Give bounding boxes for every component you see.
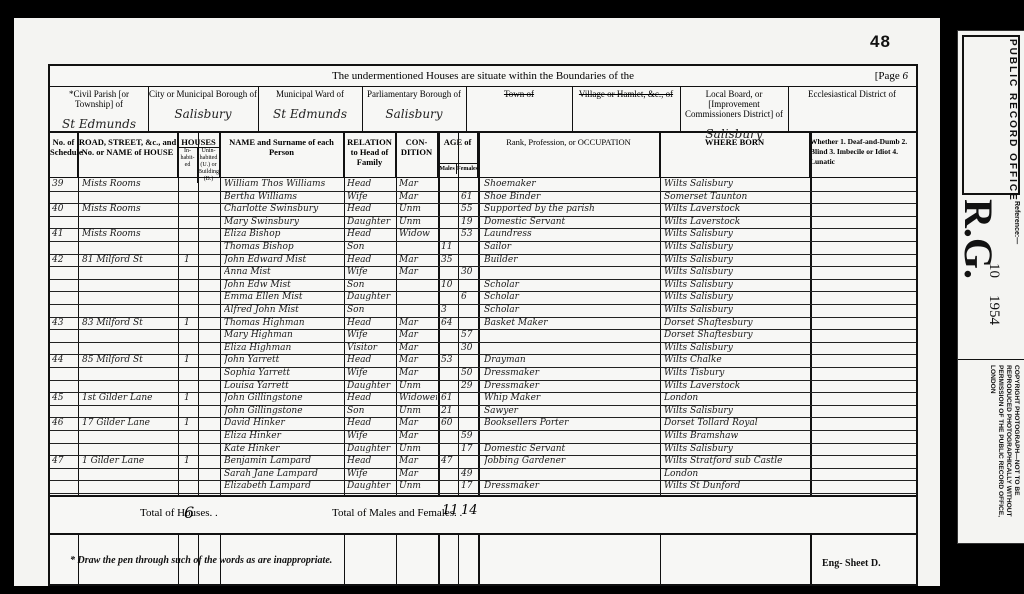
road-cell <box>82 241 176 254</box>
where-born-cell: Dorset Tollard Royal <box>664 417 808 430</box>
condition-cell: Mar <box>399 254 437 267</box>
table-row: Anna MistWifeMar30Wilts Salisbury <box>50 266 916 280</box>
road-cell <box>82 430 176 443</box>
road-cell: 81 Milford St <box>82 254 176 267</box>
where-born-cell: Wilts Salisbury <box>664 291 808 304</box>
name-cell: Elizabeth Lampard <box>224 480 342 493</box>
table-row: Sophia YarrettWifeMar50DressmakerWilts T… <box>50 367 916 381</box>
road-cell <box>82 279 176 292</box>
road-cell <box>82 266 176 279</box>
inhabited-cell <box>184 203 196 216</box>
female-age-cell <box>461 417 477 430</box>
condition-cell: Widow <box>399 228 437 241</box>
female-age-cell <box>461 279 477 292</box>
where-born-cell: Wilts Salisbury <box>664 405 808 418</box>
occupation-cell: Domestic Servant <box>484 443 658 456</box>
male-age-cell <box>441 380 457 393</box>
road-cell: 83 Milford St <box>82 317 176 330</box>
schedule-cell <box>52 380 76 393</box>
male-age-cell <box>441 191 457 204</box>
table-row: Emma Ellen MistDaughter6ScholarWilts Sal… <box>50 291 916 305</box>
total-females-value: 14 <box>461 503 478 518</box>
name-cell: Sarah Jane Lampard <box>224 468 342 481</box>
table-row: Elizabeth LampardDaughterUnm17Dressmaker… <box>50 480 916 494</box>
female-age-cell: 6 <box>461 291 477 304</box>
where-born-cell: Wilts Salisbury <box>664 266 808 279</box>
schedule-cell: 44 <box>52 354 76 367</box>
name-cell: Thomas Bishop <box>224 241 342 254</box>
condition-cell: Unm <box>399 380 437 393</box>
inhabited-cell: 1 <box>184 455 196 468</box>
where-born-cell: Wilts Salisbury <box>664 279 808 292</box>
male-age-cell <box>441 216 457 229</box>
occupation-cell: Basket Maker <box>484 317 658 330</box>
table-row: 4485 Milford St1John YarrettHeadMar53Dra… <box>50 354 916 368</box>
female-age-cell: 50 <box>461 367 477 380</box>
municipal-borough-field: City or Municipal Borough ofSalisbury <box>148 87 259 131</box>
town-field: Town of <box>466 87 573 131</box>
name-cell: John Gillingstone <box>224 405 342 418</box>
condition-cell: Mar <box>399 455 437 468</box>
total-houses-label: Total of Houses. . <box>140 507 218 519</box>
condition-cell: Mar <box>399 342 437 355</box>
where-born-cell: Wilts Laverstock <box>664 380 808 393</box>
schedule-cell: 40 <box>52 203 76 216</box>
table-row: 41Mists RoomsEliza BishopHeadWidow53Laun… <box>50 228 916 242</box>
condition-cell: Mar <box>399 266 437 279</box>
occupation-cell: Scholar <box>484 304 658 317</box>
name-cell: Mary Swinsbury <box>224 216 342 229</box>
female-age-cell <box>461 317 477 330</box>
male-age-cell <box>441 468 457 481</box>
condition-cell: Mar <box>399 178 437 191</box>
road-cell <box>82 480 176 493</box>
female-age-cell <box>461 455 477 468</box>
table-row: Alfred John MistSon3ScholarWilts Salisbu… <box>50 304 916 318</box>
col-infirmity: Whether 1. Deaf-and-Dumb 2. Blind 3. Imb… <box>810 133 916 177</box>
where-born-cell: Wilts Salisbury <box>664 178 808 191</box>
road-cell: Mists Rooms <box>82 178 176 191</box>
condition-cell: Unm <box>399 480 437 493</box>
table-row: Sarah Jane LampardWifeMar49London <box>50 468 916 482</box>
where-born-cell: Dorset Shaftesbury <box>664 317 808 330</box>
condition-cell: Mar <box>399 354 437 367</box>
where-born-cell: London <box>664 468 808 481</box>
where-born-cell: Wilts Bramshaw <box>664 430 808 443</box>
schedule-cell <box>52 342 76 355</box>
inhabited-cell <box>184 191 196 204</box>
schedule-cell <box>52 405 76 418</box>
schedule-cell: 41 <box>52 228 76 241</box>
local-board-field: Local Board, or [Improvement Commissione… <box>680 87 789 131</box>
where-born-cell: Wilts Salisbury <box>664 304 808 317</box>
female-age-cell <box>461 392 477 405</box>
where-born-cell: Wilts Salisbury <box>664 443 808 456</box>
where-born-cell: Wilts Salisbury <box>664 228 808 241</box>
table-row: Eliza HighmanVisitorMar30Wilts Salisbury <box>50 342 916 356</box>
col-name: NAME and Surname of each Person <box>220 133 344 177</box>
male-age-cell: 35 <box>441 254 457 267</box>
where-born-cell: Dorset Shaftesbury <box>664 329 808 342</box>
col-where-born: WHERE BORN <box>660 133 810 177</box>
condition-cell: Mar <box>399 430 437 443</box>
male-age-cell: 47 <box>441 455 457 468</box>
name-cell: William Thos Williams <box>224 178 342 191</box>
table-row: Mary HighmanWifeMar57Dorset Shaftesbury <box>50 329 916 343</box>
occupation-cell <box>484 266 658 279</box>
condition-cell <box>399 304 437 317</box>
occupation-cell: Jobbing Gardener <box>484 455 658 468</box>
occupation-cell: Domestic Servant <box>484 216 658 229</box>
road-cell <box>82 380 176 393</box>
table-row: Louisa YarrettDaughterUnm29DressmakerWil… <box>50 380 916 394</box>
female-age-cell: 55 <box>461 203 477 216</box>
inhabited-cell <box>184 329 196 342</box>
schedule-cell <box>52 367 76 380</box>
schedule-cell: 39 <box>52 178 76 191</box>
schedule-cell <box>52 241 76 254</box>
table-row: 4383 Milford St1Thomas HighmanHeadMar64B… <box>50 317 916 331</box>
name-cell: David Hinker <box>224 417 342 430</box>
relation-cell: Head <box>347 228 395 241</box>
female-age-cell <box>461 304 477 317</box>
relation-cell: Daughter <box>347 380 395 393</box>
name-cell: Charlotte Swinsbury <box>224 203 342 216</box>
name-cell: Bertha Williams <box>224 191 342 204</box>
relation-cell: Son <box>347 304 395 317</box>
relation-cell: Head <box>347 354 395 367</box>
copyright-notice: COPYRIGHT PHOTOGRAPH—NOT TO BE REPRODUCE… <box>988 365 1020 535</box>
female-age-cell: 53 <box>461 228 477 241</box>
road-cell: Mists Rooms <box>82 203 176 216</box>
female-age-cell: 29 <box>461 380 477 393</box>
relation-cell: Head <box>347 392 395 405</box>
where-born-cell: Wilts Salisbury <box>664 342 808 355</box>
col-schedule: No. of Schedule <box>50 133 78 177</box>
road-cell <box>82 304 176 317</box>
relation-cell: Wife <box>347 329 395 342</box>
name-cell: John Yarrett <box>224 354 342 367</box>
inhabited-cell <box>184 228 196 241</box>
col-road: ROAD, STREET, &c., and No. or NAME of HO… <box>78 133 178 177</box>
male-age-cell: 61 <box>441 392 457 405</box>
condition-cell: Mar <box>399 317 437 330</box>
female-age-cell <box>461 405 477 418</box>
male-age-cell: 64 <box>441 317 457 330</box>
reference-label: Reference:— <box>1013 201 1020 244</box>
condition-cell: Unm <box>399 405 437 418</box>
totals-row: Total of Houses. . 6 Total of Males and … <box>50 495 916 535</box>
relation-cell: Head <box>347 417 395 430</box>
name-cell: Kate Hinker <box>224 443 342 456</box>
condition-cell <box>399 279 437 292</box>
occupation-cell <box>484 430 658 443</box>
relation-cell: Son <box>347 405 395 418</box>
inhabited-cell <box>184 342 196 355</box>
schedule-cell <box>52 279 76 292</box>
road-cell <box>82 342 176 355</box>
road-cell: 1st Gilder Lane <box>82 392 176 405</box>
col-relation: RELATION to Head of Family <box>344 133 396 177</box>
name-cell: John Edward Mist <box>224 254 342 267</box>
census-form: The undermentioned Houses are situate wi… <box>48 64 918 586</box>
table-row: Mary SwinsburyDaughterUnm19Domestic Serv… <box>50 216 916 230</box>
table-row: Kate HinkerDaughterUnm17Domestic Servant… <box>50 443 916 457</box>
col-occupation: Rank, Profession, or OCCUPATION <box>478 133 660 177</box>
road-cell <box>82 329 176 342</box>
relation-cell: Wife <box>347 367 395 380</box>
road-cell <box>82 216 176 229</box>
male-age-cell <box>441 291 457 304</box>
inhabited-cell <box>184 430 196 443</box>
occupation-cell: Booksellers Porter <box>484 417 658 430</box>
inhabited-cell <box>184 468 196 481</box>
relation-cell: Head <box>347 455 395 468</box>
female-age-cell: 57 <box>461 329 477 342</box>
col-houses: HOUSES In-habit-ed Unin-habited (U.) or … <box>178 133 220 177</box>
schedule-cell <box>52 329 76 342</box>
road-cell <box>82 405 176 418</box>
occupation-cell <box>484 329 658 342</box>
where-born-cell: Somerset Taunton <box>664 191 808 204</box>
name-cell: Benjamin Lampard <box>224 455 342 468</box>
schedule-cell <box>52 430 76 443</box>
male-age-cell <box>441 367 457 380</box>
female-age-cell: 19 <box>461 216 477 229</box>
condition-cell: Mar <box>399 367 437 380</box>
table-row: John GillingstoneSonUnm21SawyerWilts Sal… <box>50 405 916 419</box>
schedule-cell <box>52 291 76 304</box>
total-males-value: 11 <box>442 503 459 518</box>
male-age-cell <box>441 329 457 342</box>
occupation-cell: Supported by the parish <box>484 203 658 216</box>
male-age-cell <box>441 228 457 241</box>
condition-cell: Mar <box>399 468 437 481</box>
male-age-cell <box>441 203 457 216</box>
name-cell: Eliza Bishop <box>224 228 342 241</box>
condition-cell: Unm <box>399 443 437 456</box>
female-age-cell: 59 <box>461 430 477 443</box>
name-cell: Sophia Yarrett <box>224 367 342 380</box>
schedule-cell: 43 <box>52 317 76 330</box>
relation-cell: Head <box>347 178 395 191</box>
condition-cell <box>399 291 437 304</box>
where-born-cell: Wilts Stratford sub Castle <box>664 455 808 468</box>
female-age-cell <box>461 241 477 254</box>
schedule-cell: 47 <box>52 455 76 468</box>
relation-cell: Wife <box>347 266 395 279</box>
condition-cell: Mar <box>399 417 437 430</box>
inhabited-cell <box>184 480 196 493</box>
condition-cell: Unm <box>399 203 437 216</box>
road-cell: 1 Gilder Lane <box>82 455 176 468</box>
footnote: * Draw the pen through such of the words… <box>70 555 332 566</box>
inhabited-cell <box>184 304 196 317</box>
inhabited-cell <box>184 367 196 380</box>
where-born-cell: Wilts Tisbury <box>664 367 808 380</box>
male-age-cell <box>441 342 457 355</box>
condition-cell: Mar <box>399 191 437 204</box>
reference-slip: PUBLIC RECORD OFFICE Reference:— R.G. 10… <box>957 30 1024 544</box>
female-age-cell: 30 <box>461 342 477 355</box>
condition-cell <box>399 241 437 254</box>
form-title: The undermentioned Houses are situate wi… <box>50 66 916 87</box>
inhabited-cell: 1 <box>184 417 196 430</box>
condition-cell: Mar <box>399 329 437 342</box>
name-cell: Louisa Yarrett <box>224 380 342 393</box>
occupation-cell <box>484 468 658 481</box>
female-age-cell: 17 <box>461 480 477 493</box>
road-cell <box>82 191 176 204</box>
relation-cell: Head <box>347 203 395 216</box>
where-born-cell: Wilts Laverstock <box>664 216 808 229</box>
inhabited-cell: 1 <box>184 317 196 330</box>
table-row: Eliza HinkerWifeMar59Wilts Bramshaw <box>50 430 916 444</box>
table-row: 451st Gilder Lane1John GillingstoneHeadW… <box>50 392 916 406</box>
sheet-label: Eng- Sheet D. <box>822 558 881 569</box>
road-cell <box>82 443 176 456</box>
municipal-ward-field: Municipal Ward ofSt Edmunds <box>258 87 363 131</box>
where-born-cell: Wilts Chalke <box>664 354 808 367</box>
piece-number: 10 <box>985 263 1002 278</box>
occupation-cell: Dressmaker <box>484 380 658 393</box>
name-cell: John Gillingstone <box>224 392 342 405</box>
female-age-cell: 30 <box>461 266 477 279</box>
table-row: Thomas BishopSon11SailorWilts Salisbury <box>50 241 916 255</box>
road-cell: 17 Gilder Lane <box>82 417 176 430</box>
table-row: 471 Gilder Lane1Benjamin LampardHeadMar4… <box>50 455 916 469</box>
occupation-cell: Sawyer <box>484 405 658 418</box>
ecclesiastical-district-field: Ecclesiastical District of <box>788 87 916 131</box>
schedule-cell <box>52 266 76 279</box>
civil-parish-field: *Civil Parish [or Township] ofSt Edmunds <box>50 87 149 131</box>
relation-cell: Daughter <box>347 216 395 229</box>
schedule-cell <box>52 468 76 481</box>
relation-cell: Head <box>347 254 395 267</box>
name-cell: Thomas Highman <box>224 317 342 330</box>
relation-cell: Daughter <box>347 480 395 493</box>
where-born-cell: Wilts Salisbury <box>664 241 808 254</box>
male-age-cell <box>441 443 457 456</box>
where-born-cell: Wilts Laverstock <box>664 203 808 216</box>
occupation-cell: Shoe Binder <box>484 191 658 204</box>
occupation-cell: Dressmaker <box>484 480 658 493</box>
name-cell: Eliza Hinker <box>224 430 342 443</box>
male-age-cell <box>441 430 457 443</box>
occupation-cell: Scholar <box>484 291 658 304</box>
female-age-cell <box>461 178 477 191</box>
table-row: 4281 Milford St1John Edward MistHeadMar3… <box>50 254 916 268</box>
col-condition: CON-DITION <box>396 133 438 177</box>
name-cell: Emma Ellen Mist <box>224 291 342 304</box>
village-field: Village or Hamlet, &c., of <box>572 87 681 131</box>
inhabited-cell <box>184 241 196 254</box>
relation-cell: Wife <box>347 468 395 481</box>
name-cell: Anna Mist <box>224 266 342 279</box>
occupation-cell: Dressmaker <box>484 367 658 380</box>
page-label: [Page 6 <box>875 66 908 86</box>
occupation-cell: Scholar <box>484 279 658 292</box>
occupation-cell: Shoemaker <box>484 178 658 191</box>
condition-cell: Unm <box>399 216 437 229</box>
road-cell: 85 Milford St <box>82 354 176 367</box>
census-page: 48 The undermentioned Houses are situate… <box>14 18 940 586</box>
total-houses-value: 6 <box>184 503 194 522</box>
relation-cell: Daughter <box>347 443 395 456</box>
condition-cell: Widower <box>399 392 437 405</box>
occupation-cell: Whip Maker <box>484 392 658 405</box>
inhabited-cell: 1 <box>184 392 196 405</box>
inhabited-cell <box>184 443 196 456</box>
inhabited-cell <box>184 291 196 304</box>
female-age-cell: 49 <box>461 468 477 481</box>
female-age-cell <box>461 354 477 367</box>
road-cell <box>82 468 176 481</box>
female-age-cell: 17 <box>461 443 477 456</box>
table-row: 39Mists RoomsWilliam Thos WilliamsHeadMa… <box>50 178 916 192</box>
male-age-cell <box>441 266 457 279</box>
male-age-cell: 60 <box>441 417 457 430</box>
relation-cell: Daughter <box>347 291 395 304</box>
male-age-cell <box>441 178 457 191</box>
where-born-cell: Wilts Salisbury <box>664 254 808 267</box>
inhabited-cell <box>184 178 196 191</box>
folio-number: 48 <box>870 32 891 52</box>
table-row: Bertha WilliamsWifeMar61Shoe BinderSomer… <box>50 191 916 205</box>
table-row: 40Mists RoomsCharlotte SwinsburyHeadUnm5… <box>50 203 916 217</box>
schedule-cell <box>52 304 76 317</box>
occupation-cell <box>484 342 658 355</box>
schedule-cell: 45 <box>52 392 76 405</box>
female-age-cell <box>461 254 477 267</box>
occupation-cell: Builder <box>484 254 658 267</box>
name-cell: Mary Highman <box>224 329 342 342</box>
folio-reference: 1954 <box>985 295 1002 325</box>
schedule-cell: 46 <box>52 417 76 430</box>
name-cell: John Edw Mist <box>224 279 342 292</box>
office-name: PUBLIC RECORD OFFICE <box>1007 39 1018 202</box>
parliamentary-borough-field: Parliamentary Borough ofSalisbury <box>362 87 467 131</box>
inhabited-cell: 1 <box>184 254 196 267</box>
inhabited-cell <box>184 279 196 292</box>
male-age-cell: 11 <box>441 241 457 254</box>
inhabited-cell <box>184 405 196 418</box>
occupation-cell: Drayman <box>484 354 658 367</box>
inhabited-cell: 1 <box>184 354 196 367</box>
relation-cell: Visitor <box>347 342 395 355</box>
occupation-cell: Laundress <box>484 228 658 241</box>
male-age-cell <box>441 480 457 493</box>
where-born-cell: London <box>664 392 808 405</box>
schedule-cell <box>52 216 76 229</box>
schedule-cell <box>52 443 76 456</box>
relation-cell: Wife <box>347 430 395 443</box>
table-row: John Edw MistSon10ScholarWilts Salisbury <box>50 279 916 293</box>
relation-cell: Son <box>347 241 395 254</box>
inhabited-cell <box>184 266 196 279</box>
schedule-cell <box>52 191 76 204</box>
road-cell: Mists Rooms <box>82 228 176 241</box>
where-born-cell: Wilts St Dunford <box>664 480 808 493</box>
female-age-cell: 61 <box>461 191 477 204</box>
relation-cell: Son <box>347 279 395 292</box>
table-row: 4617 Gilder Lane1David HinkerHeadMar60Bo… <box>50 417 916 431</box>
inhabited-cell <box>184 216 196 229</box>
name-cell: Eliza Highman <box>224 342 342 355</box>
relation-cell: Head <box>347 317 395 330</box>
male-age-cell: 3 <box>441 304 457 317</box>
name-cell: Alfred John Mist <box>224 304 342 317</box>
